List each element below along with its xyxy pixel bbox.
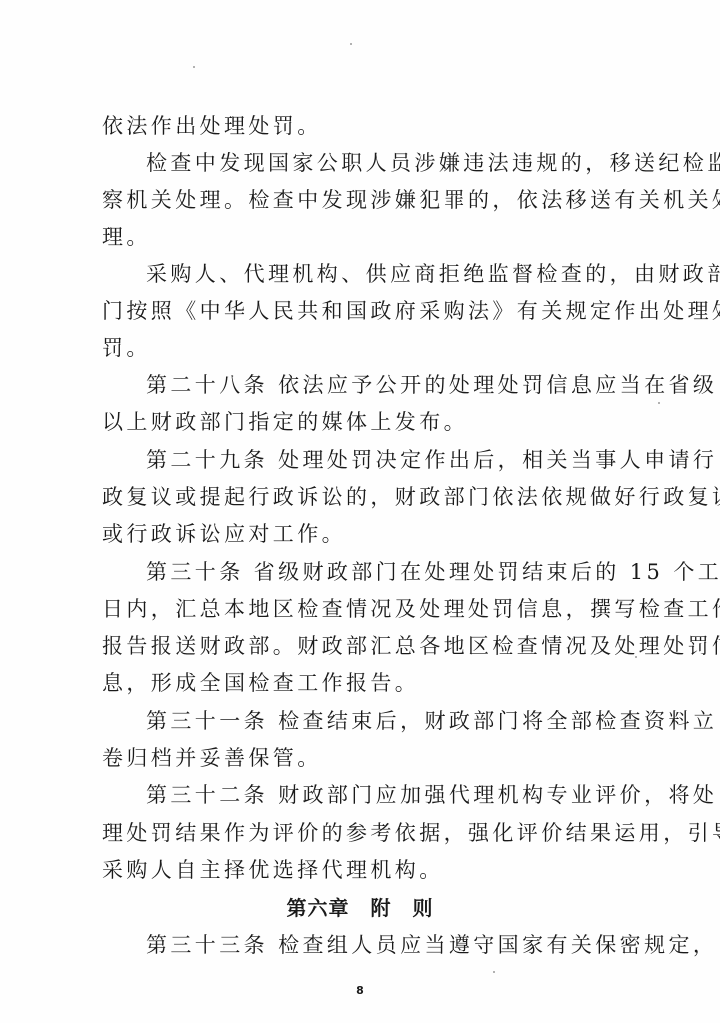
body-text-line: 第二十八条 依法应予公开的处理处罚信息应当在省级: [146, 372, 686, 398]
body-text-line: 卷归档并妥善保管。: [102, 745, 642, 771]
body-text-line: 采购人自主择优选择代理机构。: [102, 857, 642, 883]
scan-speck: [493, 971, 495, 973]
body-text-line: 门按照《中华人民共和国政府采购法》有关规定作出处理处: [102, 298, 642, 324]
body-text-line: 政复议或提起行政诉讼的，财政部门依法依规做好行政复议: [102, 484, 642, 510]
body-text-line: 察机关处理。检查中发现涉嫌犯罪的，依法移送有关机关处: [102, 187, 642, 213]
chapter-heading: 第六章 附 则: [0, 895, 720, 921]
document-page: 依法作出处理处罚。 检查中发现国家公职人员涉嫌违法违规的，移送纪检监 察机关处理…: [0, 0, 720, 1023]
body-text-line: 报告报送财政部。财政部汇总各地区检查情况及处理处罚信: [102, 633, 642, 659]
body-text-line: 息，形成全国检查工作报告。: [102, 670, 642, 696]
body-text-line: 第三十条 省级财政部门在处理处罚结束后的 15 个工作: [146, 559, 686, 585]
body-text-line: 第二十九条 处理处罚决定作出后，相关当事人申请行: [146, 447, 686, 473]
scan-speck: [658, 402, 660, 404]
body-text-line: 检查中发现国家公职人员涉嫌违法违规的，移送纪检监: [146, 150, 686, 176]
body-text-line: 或行政诉讼应对工作。: [102, 521, 642, 547]
body-text-line: 依法作出处理处罚。: [102, 113, 642, 139]
body-text-line: 日内，汇总本地区检查情况及处理处罚信息，撰写检查工作: [102, 596, 642, 622]
body-text-line: 第三十三条 检查组人员应当遵守国家有关保密规定，: [146, 932, 686, 958]
body-text-line: 罚。: [102, 335, 642, 361]
body-text-line: 理处罚结果作为评价的参考依据，强化评价结果运用，引导: [102, 820, 642, 846]
scan-speck: [635, 656, 637, 658]
body-text-line: 采购人、代理机构、供应商拒绝监督检查的，由财政部: [146, 261, 686, 287]
scan-speck: [193, 66, 195, 68]
body-text-line: 以上财政部门指定的媒体上发布。: [102, 409, 642, 435]
body-text-line: 第三十一条 检查结束后，财政部门将全部检查资料立: [146, 708, 686, 734]
page-number: 8: [0, 984, 720, 997]
scan-speck: [350, 43, 352, 45]
body-text-line: 第三十二条 财政部门应加强代理机构专业评价，将处: [146, 782, 686, 808]
body-text-line: 理。: [102, 224, 642, 250]
